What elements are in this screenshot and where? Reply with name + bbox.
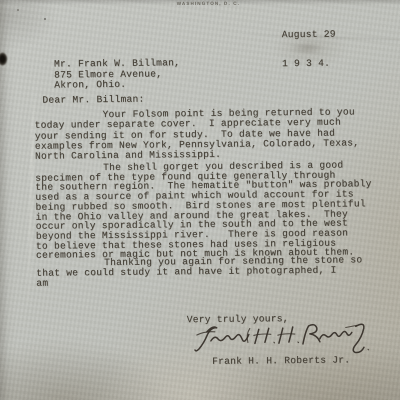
date-month-day: August 29 <box>282 30 336 40</box>
letter-photo: WASHINGTON, D. C. August 29 1 9 3 4. Mr.… <box>0 0 400 400</box>
date-block: August 29 1 9 3 4. <box>281 11 336 88</box>
salutation: Dear Mr. Billman: <box>42 94 144 106</box>
text-line: Akron, Ohio. <box>54 79 180 91</box>
recipient-address: Mr. Frank W. Billman,875 Elmore Avenue,A… <box>54 58 180 91</box>
signature-typed-name: Frank H. H. Roberts Jr. <box>212 354 350 366</box>
paragraph-thanks: Thanking you again for sending the stone… <box>36 255 363 289</box>
letterhead-city: WASHINGTON, D. C. <box>118 1 298 7</box>
paragraph-shell-gorget: The shell gorget you described is a good… <box>35 160 372 261</box>
paragraph-folsom-point: Your Folsom point is being returned to y… <box>34 107 359 162</box>
letter-page: WASHINGTON, D. C. August 29 1 9 3 4. Mr.… <box>0 0 400 400</box>
date-year: 1 9 3 4. <box>282 58 336 68</box>
